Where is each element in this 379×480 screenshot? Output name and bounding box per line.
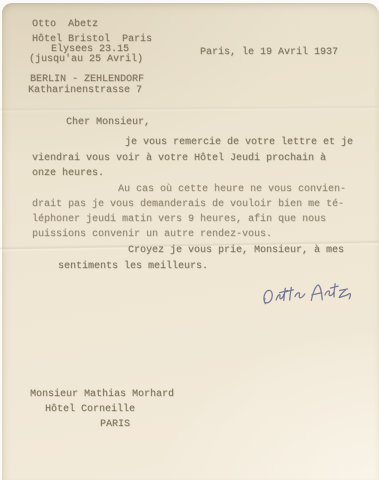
body-line: je vous remercie de votre lettre et je <box>125 137 353 149</box>
sender-street: Katharinenstrasse 7 <box>28 85 142 97</box>
scanned-letter: Otto Abetz Hôtel Bristol Paris Elysees 2… <box>0 0 379 480</box>
body-line: onze heures. <box>32 168 104 180</box>
recipient-name: Monsieur Mathias Morhard <box>30 389 174 401</box>
body-line: Croyez je vous prie, Monsieur, à mes <box>128 245 344 257</box>
body-line: léphoner jeudi matin vers 9 heures, afin… <box>32 214 326 226</box>
body-line: sentiments les meilleurs. <box>58 261 208 273</box>
recipient-city: PARIS <box>100 419 130 431</box>
signature <box>255 275 353 320</box>
salutation: Cher Monsieur, <box>66 117 150 129</box>
recipient-hotel: Hôtel Corneille <box>45 404 135 416</box>
body-line: Au cas où cette heure ne vous convien- <box>118 184 346 196</box>
sender-name: Otto Abetz <box>32 19 98 31</box>
sender-until: (jusqu'au 25 Avril) <box>29 54 143 66</box>
body-line: drait pas je vous demanderais de vouloir… <box>32 199 344 211</box>
body-line: viendrai vous voir à votre Hôtel Jeudi p… <box>32 153 326 165</box>
body-line: puissions convenir un autre rendez-vous. <box>32 229 272 241</box>
signature-ink <box>255 275 353 320</box>
dateline: Paris, le 19 Avril 1937 <box>200 47 338 59</box>
